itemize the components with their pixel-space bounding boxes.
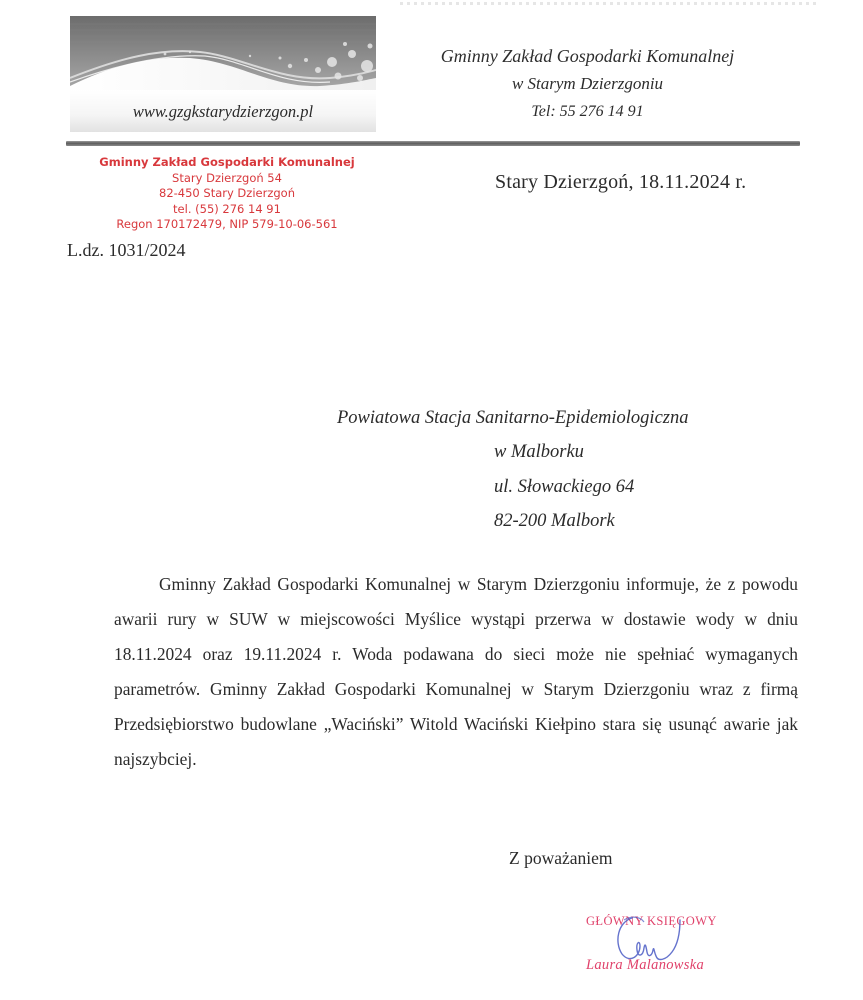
place-and-date: Stary Dzierzgoń, 18.11.2024 r. [495, 171, 746, 194]
handwritten-signature-icon [610, 912, 690, 970]
stamp-registry-ids: Regon 170172479, NIP 579-10-06-561 [82, 217, 372, 233]
recipient-street: ul. Słowackiego 64 [494, 477, 634, 498]
company-stamp: Gminny Zakład Gospodarki Komunalnej Star… [82, 155, 372, 233]
body-paragraph: Gminny Zakład Gospodarki Komunalnej w St… [114, 567, 798, 777]
stamp-postal: 82-450 Stary Dzierzgoń [82, 186, 372, 202]
letterhead-phone: Tel: 55 276 14 91 [405, 103, 770, 121]
stamp-company-name: Gminny Zakład Gospodarki Komunalnej [82, 155, 372, 171]
letter-body: Gminny Zakład Gospodarki Komunalnej w St… [114, 567, 798, 777]
recipient-postal: 82-200 Malbork [494, 511, 615, 532]
website-link[interactable]: www.gzgkstarydzierzgon.pl [70, 102, 376, 122]
stamp-phone: tel. (55) 276 14 91 [82, 202, 372, 218]
closing-salutation: Z poważaniem [509, 848, 613, 869]
letterhead-banner [70, 16, 376, 90]
letterhead-org-city: w Starym Dzierzgoniu [405, 74, 770, 94]
recipient-name: Powiatowa Stacja Sanitarno-Epidemiologic… [337, 408, 688, 429]
stamp-street: Stary Dzierzgoń 54 [82, 171, 372, 187]
reference-number: L.dz. 1031/2024 [67, 240, 186, 261]
scan-artifact-line [400, 2, 820, 5]
water-wave-banner-icon [70, 16, 376, 90]
letterhead-org-name: Gminny Zakład Gospodarki Komunalnej [405, 46, 770, 67]
recipient-city-line: w Malborku [494, 442, 584, 463]
letterhead-divider [66, 141, 800, 146]
